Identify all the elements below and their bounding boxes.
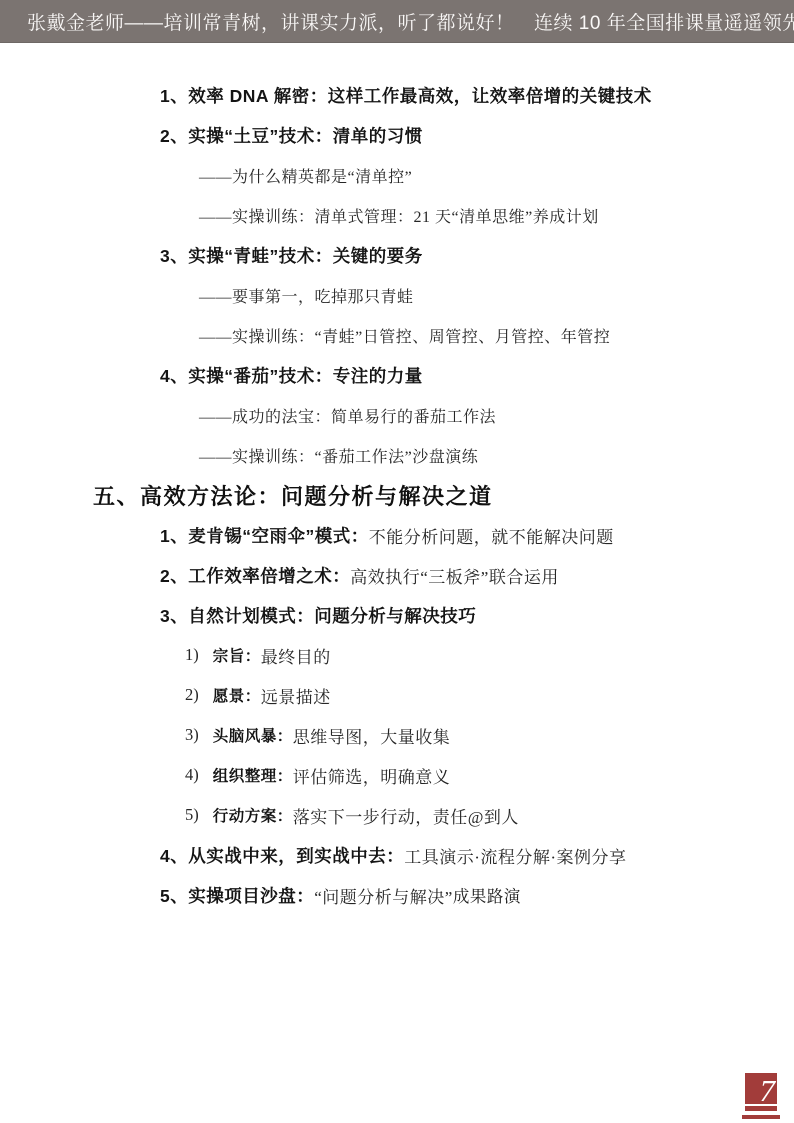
outline: 1、效率 DNA 解密：这样工作最高效，让效率倍增的关键技术2、实操“土豆”技术… — [0, 42, 794, 915]
page-header: 张戴金老师——培训常青树，讲课实力派，听了都说好！ 连续 10 年全国排课量遥遥… — [0, 0, 794, 43]
text-segment: 4、从实战中来，到实战中去： — [160, 843, 404, 868]
outline-line: ——为什么精英都是“清单控” — [0, 155, 794, 195]
outline-line: 五、高效方法论：问题分析与解决之道 — [0, 475, 794, 515]
outline-line: 2、实操“土豆”技术：清单的习惯 — [0, 115, 794, 155]
page-number-box: 7 — [745, 1073, 777, 1111]
text-segment: 1) — [185, 645, 199, 665]
outline-line: 1、效率 DNA 解密：这样工作最高效，让效率倍增的关键技术 — [0, 75, 794, 115]
text-segment: 五、高效方法论：问题分析与解决之道 — [93, 480, 493, 511]
text-segment: ——实操训练：“番茄工作法”沙盘演练 — [199, 444, 478, 467]
text-segment: 工具演示·流程分解·案例分享 — [404, 843, 626, 868]
text-segment: ——实操训练：清单式管理：21 天“清单思维”养成计划 — [199, 204, 599, 227]
text-segment: “问题分析与解决” — [314, 883, 453, 908]
outline-line: ——实操训练：“番茄工作法”沙盘演练 — [0, 435, 794, 475]
text-segment: 2、实操“土豆”技术：清单的习惯 — [160, 123, 423, 148]
outline-line: 2、工作效率倍增之术：高效执行“三板斧”联合运用 — [0, 555, 794, 595]
outline-line: ——成功的法宝：简单易行的番茄工作法 — [0, 395, 794, 435]
text-segment: 3、实操“青蛙”技术：关键的要务 — [160, 243, 423, 268]
outline-line: 3、自然计划模式：问题分析与解决技巧 — [0, 595, 794, 635]
text-segment: ——为什么精英都是“清单控” — [199, 164, 412, 187]
outline-line: ——要事第一，吃掉那只青蛙 — [0, 275, 794, 315]
header-text: 张戴金老师——培训常青树，讲课实力派，听了都说好！ 连续 10 年全国排课量遥遥… — [0, 8, 794, 35]
text-segment: 3、自然计划模式：问题分析与解决技巧 — [160, 603, 476, 628]
page-number-strip — [742, 1115, 780, 1119]
outline-line: 4、实操“番茄”技术：专注的力量 — [0, 355, 794, 395]
text-segment: 1、麦肯锡“空雨伞”模式： — [160, 523, 369, 548]
outline-line: 1、麦肯锡“空雨伞”模式：不能分析问题，就不能解决问题 — [0, 515, 794, 555]
text-segment: 组织整理： — [213, 764, 293, 786]
text-segment: 头脑风暴： — [213, 724, 293, 746]
text-segment: 5) — [185, 805, 199, 825]
text-segment: 3) — [185, 725, 199, 745]
outline-line: 4、从实战中来，到实战中去：工具演示·流程分解·案例分享 — [0, 835, 794, 875]
outline-line: 5、实操项目沙盘：“问题分析与解决”成果路演 — [0, 875, 794, 915]
page-number: 7 — [760, 1072, 776, 1110]
text-segment: 思维导图，大量收集 — [293, 723, 451, 748]
text-segment: 远景描述 — [261, 683, 331, 708]
outline-line: 5)行动方案：落实下一步行动，责任@到人 — [0, 795, 794, 835]
text-segment: ——要事第一，吃掉那只青蛙 — [199, 284, 414, 307]
text-segment: 5、实操项目沙盘： — [160, 883, 314, 908]
outline-line: 4)组织整理：评估筛选，明确意义 — [0, 755, 794, 795]
outline-line: 1)宗旨：最终目的 — [0, 635, 794, 675]
text-segment: ——实操训练：“青蛙”日管控、周管控、月管控、年管控 — [199, 324, 610, 347]
text-segment: 4、实操“番茄”技术：专注的力量 — [160, 363, 423, 388]
outline-line: ——实操训练：清单式管理：21 天“清单思维”养成计划 — [0, 195, 794, 235]
text-segment: 行动方案： — [213, 804, 293, 826]
text-segment: 最终目的 — [261, 643, 331, 668]
text-segment: 不能分析问题，就不能解决问题 — [369, 523, 614, 548]
text-segment: 高效执行“三板斧”联合运用 — [350, 563, 559, 588]
text-segment: 2、工作效率倍增之术： — [160, 563, 350, 588]
text-segment: 4) — [185, 765, 199, 785]
text-segment: 成果路演 — [453, 883, 521, 907]
outline-line: 2)愿景：远景描述 — [0, 675, 794, 715]
text-segment: 宗旨： — [213, 644, 261, 666]
outline-line: 3)头脑风暴：思维导图，大量收集 — [0, 715, 794, 755]
text-segment: 落实下一步行动，责任@到人 — [293, 803, 519, 828]
text-segment: 1、效率 DNA 解密：这样工作最高效，让效率倍增的关键技术 — [160, 83, 652, 108]
outline-line: 3、实操“青蛙”技术：关键的要务 — [0, 235, 794, 275]
text-segment: ——成功的法宝：简单易行的番茄工作法 — [199, 404, 496, 427]
text-segment: 2) — [185, 685, 199, 705]
outline-line: ——实操训练：“青蛙”日管控、周管控、月管控、年管控 — [0, 315, 794, 355]
text-segment: 评估筛选，明确意义 — [293, 763, 451, 788]
text-segment: 愿景： — [213, 684, 261, 706]
